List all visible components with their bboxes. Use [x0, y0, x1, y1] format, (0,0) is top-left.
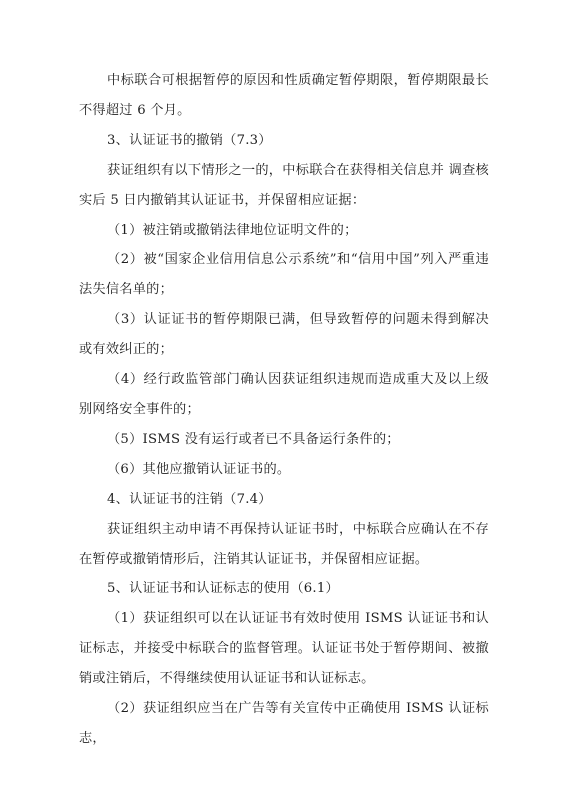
list-item-usage-1: （1）获证组织可以在认证证书有效时使用 ISMS 认证证书和认证标志，并接受中标…: [79, 604, 489, 694]
paragraph-suspension-period: 中标联合可根据暂停的原因和性质确定暂停期限，暂停期限最长不得超过 6 个月。: [79, 66, 489, 126]
heading-certificate-cancellation: 4、认证证书的注销（7.4）: [79, 485, 489, 515]
heading-certificate-and-mark-usage: 5、认证证书和认证标志的使用（6.1）: [79, 574, 489, 604]
list-item-revocation-4: （4）经行政监管部门确认因获证组织违规而造成重大及以上级别网络安全事件的；: [79, 365, 489, 425]
heading-certificate-revocation: 3、认证证书的撤销（7.3）: [79, 126, 489, 156]
paragraph-revocation-intro: 获证组织有以下情形之一的，中标联合在获得相关信息并 调查核实后 5 日内撤销其认…: [79, 156, 489, 216]
list-item-usage-2: （2）获证组织应当在广告等有关宣传中正确使用 ISMS 认证标志，: [79, 694, 489, 754]
list-item-revocation-6: （6）其他应撤销认证证书的。: [79, 455, 489, 485]
paragraph-cancellation-body: 获证组织主动申请不再保持认证证书时，中标联合应确认在不存在暂停或撤销情形后，注销…: [79, 515, 489, 575]
document-page: 中标联合可根据暂停的原因和性质确定暂停期限，暂停期限最长不得超过 6 个月。 3…: [79, 66, 489, 754]
list-item-revocation-3: （3）认证证书的暂停期限已满，但导致暂停的问题未得到解决或有效纠正的；: [79, 305, 489, 365]
list-item-revocation-1: （1）被注销或撤销法律地位证明文件的；: [79, 216, 489, 246]
list-item-revocation-5: （5）ISMS 没有运行或者已不具备运行条件的；: [79, 425, 489, 455]
list-item-revocation-2: （2）被“国家企业信用信息公示系统”和“信用中国”列入严重违法失信名单的；: [79, 245, 489, 305]
